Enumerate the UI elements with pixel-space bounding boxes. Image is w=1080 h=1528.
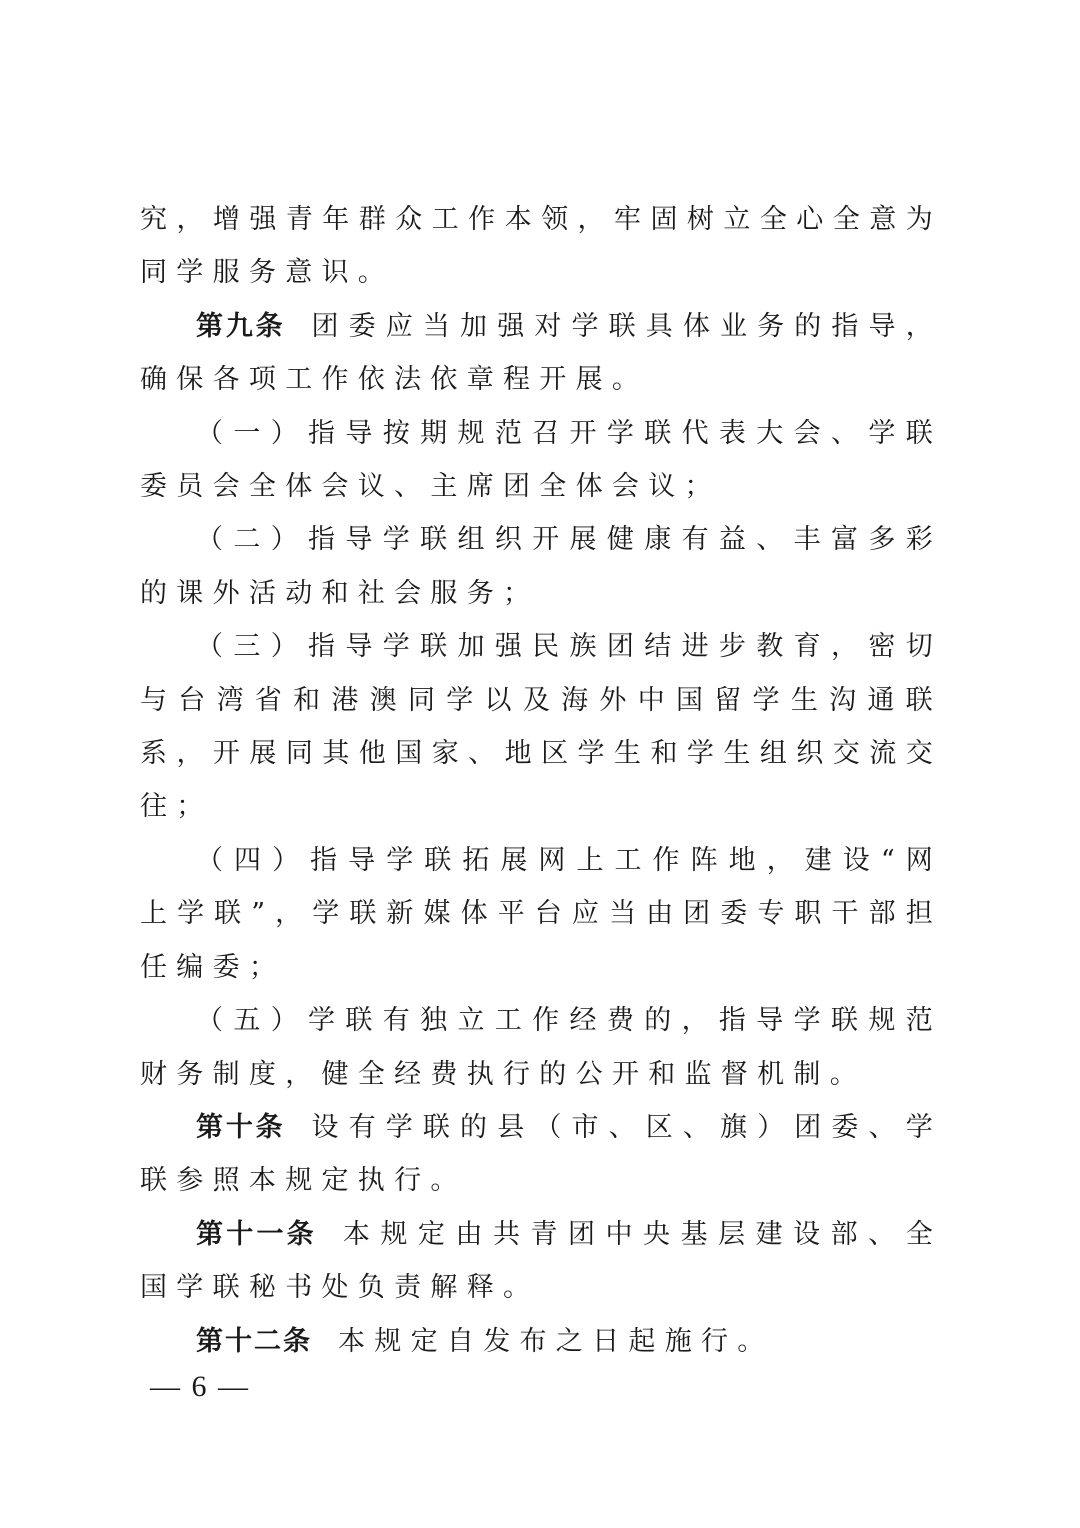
paragraph-text: （二）指导学联组织开展健康有益、丰富多彩的课外活动和社会服务； [140,524,942,608]
article-10: 第十条设有学联的县（市、区、旗）团委、学联参照本规定执行。 [140,1101,942,1208]
article-heading: 第十二条 [196,1326,312,1357]
article-9-item-2: （二）指导学联组织开展健康有益、丰富多彩的课外活动和社会服务； [140,513,942,620]
document-page: 究，增强青年群众工作本领，牢固树立全心全意为同学服务意识。 第九条团委应当加强对… [140,193,942,1368]
article-heading: 第十条 [196,1112,286,1143]
article-9: 第九条团委应当加强对学联具体业务的指导，确保各项工作依法依章程开展。 [140,300,942,407]
article-9-item-5: （五）学联有独立工作经费的，指导学联规范财务制度，健全经费执行的公开和监督机制。 [140,994,942,1101]
article-12: 第十二条本规定自发布之日起施行。 [140,1315,942,1368]
page-number: — 6 — [150,1370,250,1404]
article-heading: 第十一条 [196,1219,317,1250]
article-heading: 第九条 [196,311,286,342]
article-9-item-4: （四）指导学联拓展网上工作阵地，建设“网上学联”，学联新媒体平台应当由团委专职干… [140,834,942,994]
paragraph-text: （三）指导学联加强民族团结进步教育，密切与台湾省和港澳同学以及海外中国留学生沟通… [140,631,942,822]
paragraph-text: 本规定自发布之日起施行。 [338,1326,774,1357]
paragraph-text: 究，增强青年群众工作本领，牢固树立全心全意为同学服务意识。 [140,204,942,288]
paragraph-text: （一）指导按期规范召开学联代表大会、学联委员会全体会议、主席团全体会议； [140,418,942,502]
paragraph-continuation: 究，增强青年群众工作本领，牢固树立全心全意为同学服务意识。 [140,193,942,300]
article-9-item-3: （三）指导学联加强民族团结进步教育，密切与台湾省和港澳同学以及海外中国留学生沟通… [140,620,942,834]
paragraph-text: （四）指导学联拓展网上工作阵地，建设“网上学联”，学联新媒体平台应当由团委专职干… [140,845,942,983]
article-9-item-1: （一）指导按期规范召开学联代表大会、学联委员会全体会议、主席团全体会议； [140,407,942,514]
paragraph-text: （五）学联有独立工作经费的，指导学联规范财务制度，健全经费执行的公开和监督机制。 [140,1005,942,1089]
article-11: 第十一条本规定由共青团中央基层建设部、全国学联秘书处负责解释。 [140,1208,942,1315]
